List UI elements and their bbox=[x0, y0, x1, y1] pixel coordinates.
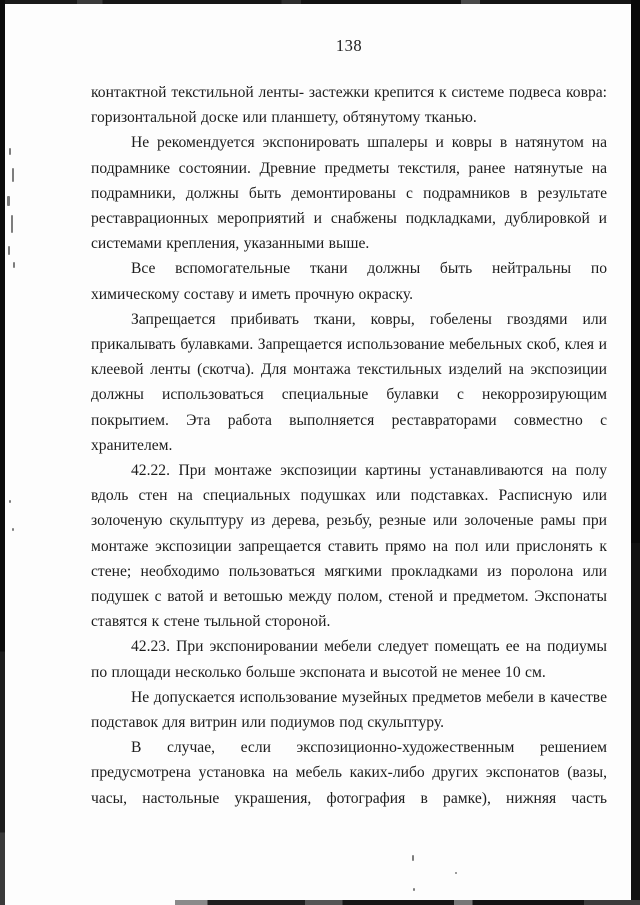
paragraph-4: Запрещается прибивать ткани, ковры, гобе… bbox=[91, 307, 607, 458]
page-content: 138 контактной текстильной ленты- застеж… bbox=[91, 36, 607, 811]
paragraph-2: Не рекомендуется экспонировать шпалеры и… bbox=[91, 130, 607, 256]
paragraph-5-clause-42-22: 42.22. При монтаже экспозиции картины ус… bbox=[91, 458, 607, 634]
paragraph-6-clause-42-23: 42.23. При экспонировании мебели следует… bbox=[91, 634, 607, 684]
scan-edge-left bbox=[0, 0, 5, 905]
scan-noise-speck bbox=[455, 872, 457, 874]
scan-noise-speck bbox=[9, 500, 11, 503]
scan-noise-speck bbox=[9, 148, 11, 155]
scan-noise-speck bbox=[8, 246, 10, 255]
paragraph-1: контактной текстильной ленты- застежки к… bbox=[91, 80, 607, 130]
scan-edge-top bbox=[0, 0, 640, 4]
page-number: 138 bbox=[91, 36, 607, 56]
scan-noise-speck bbox=[13, 262, 15, 268]
scan-edge-bottom bbox=[175, 900, 640, 905]
scan-noise-speck bbox=[12, 168, 14, 182]
scan-noise-speck bbox=[7, 196, 10, 206]
scan-noise-speck bbox=[412, 855, 414, 861]
paragraph-7: Не допускается использование музейных пр… bbox=[91, 685, 607, 735]
scan-edge-right bbox=[631, 0, 640, 905]
scanned-document-page: 138 контактной текстильной ленты- застеж… bbox=[0, 0, 640, 905]
paragraph-3: Все вспомогательные ткани должны быть не… bbox=[91, 256, 607, 306]
scan-noise-speck bbox=[11, 215, 13, 233]
scan-noise-speck bbox=[413, 888, 415, 891]
paragraph-8: В случае, если экспозиционно-художествен… bbox=[91, 735, 607, 811]
scan-noise-speck bbox=[12, 528, 14, 531]
